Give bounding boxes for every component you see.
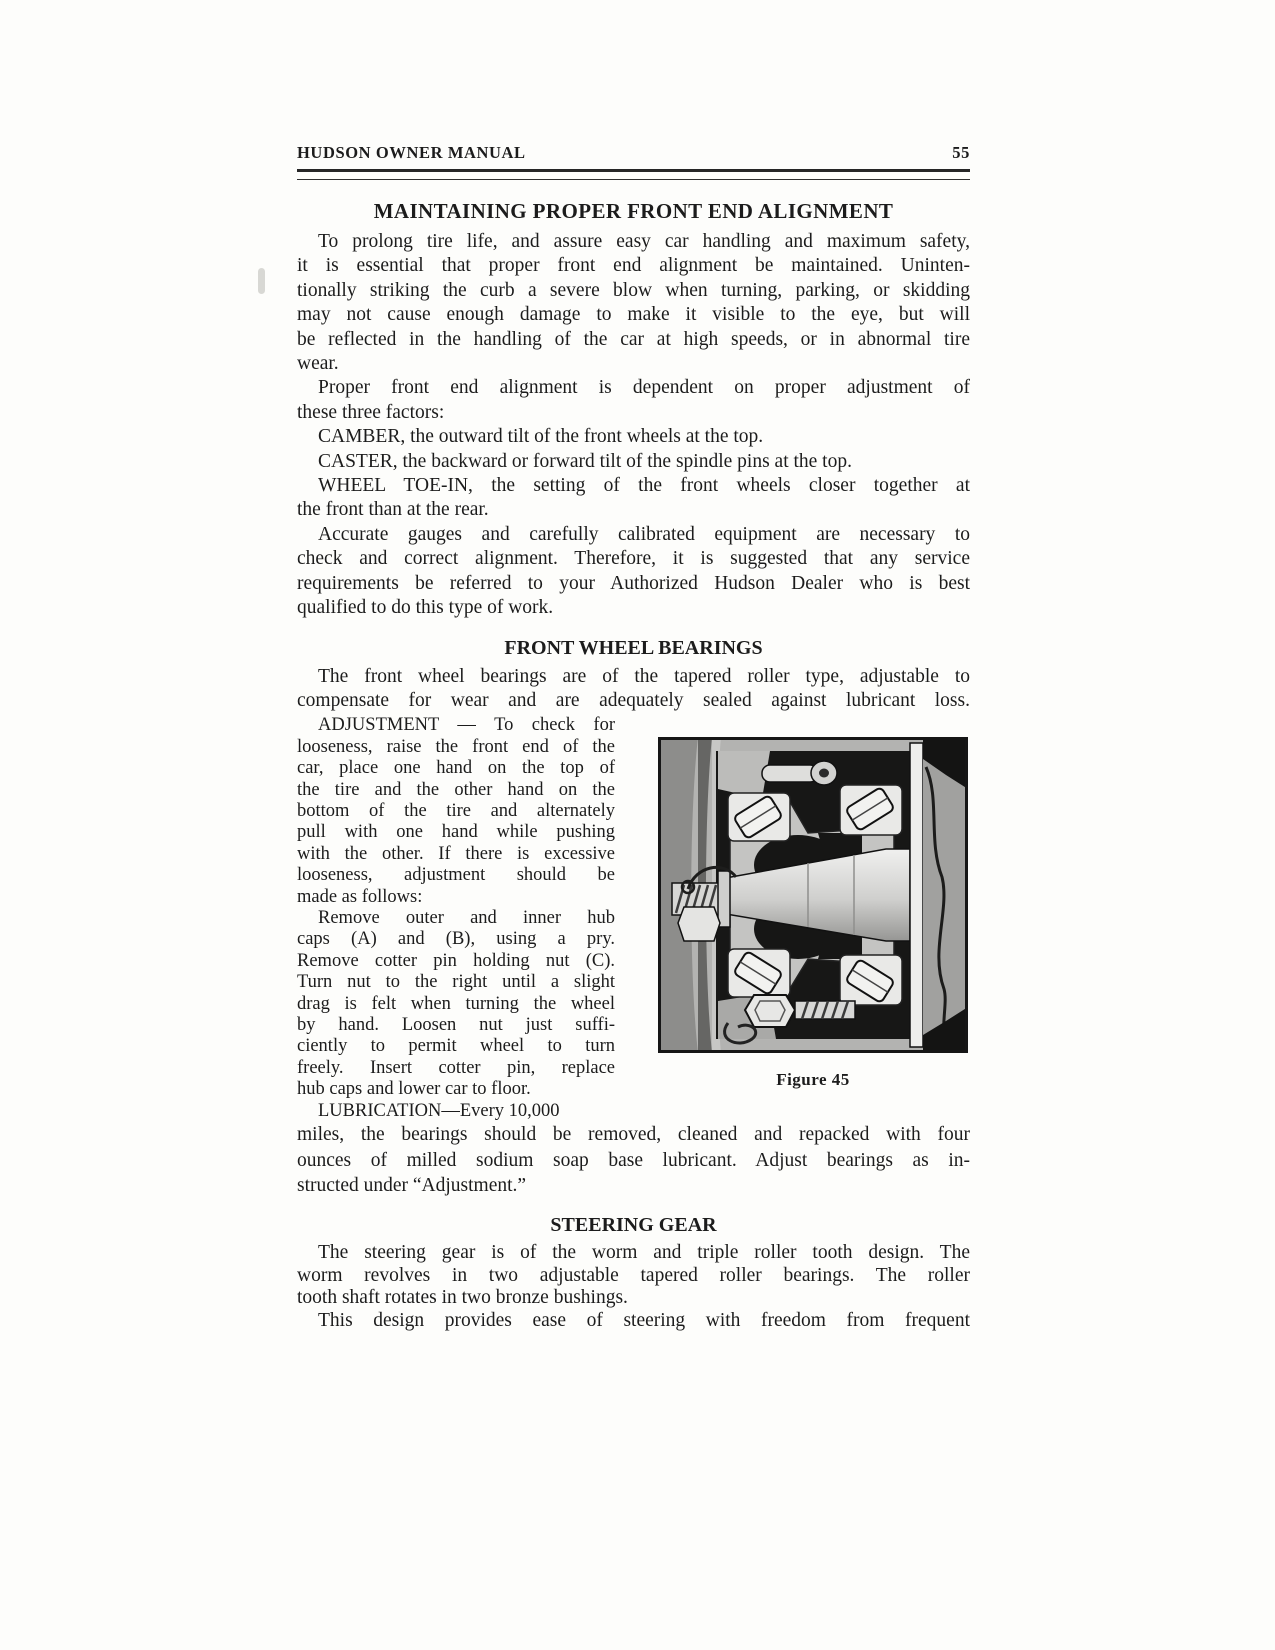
page-content: HUDSON OWNER MANUAL 55 MAINTAINING PROPE… bbox=[297, 143, 970, 1333]
header-rule bbox=[297, 169, 970, 180]
paragraph-alignment-1: To prolong tire life, and assure easy ca… bbox=[297, 230, 970, 376]
text-line: This design provides ease of steering wi… bbox=[297, 1310, 970, 1333]
scan-artifact bbox=[258, 268, 265, 294]
text-line: ounces of milled sodium soap base lubric… bbox=[297, 1148, 970, 1173]
text-line: worm revolves in two adjustable tapered … bbox=[297, 1265, 970, 1288]
wheel-hub-cross-section-illustration bbox=[658, 737, 968, 1053]
text-line: Accurate gauges and carefully calibrated… bbox=[297, 523, 970, 547]
section-heading-steering-gear: STEERING GEAR bbox=[297, 1212, 970, 1238]
text-line: wear. bbox=[297, 352, 970, 376]
text-line: Proper front end alignment is dependent … bbox=[297, 376, 970, 400]
text-line: Remove cotter pin holding nut (C). bbox=[297, 951, 615, 972]
text-line: Turn nut to the right until a slight bbox=[297, 972, 615, 993]
text-line: requirements be referred to your Authori… bbox=[297, 572, 970, 596]
figure-45: Figure 45 bbox=[658, 737, 968, 1092]
paragraph-lubrication-continuation: miles, the bearings should be removed, c… bbox=[297, 1122, 970, 1198]
text-line: bottom of the tire and alternately bbox=[297, 801, 615, 822]
text-line: qualified to do this type of work. bbox=[297, 596, 970, 620]
text-line: miles, the bearings should be removed, c… bbox=[297, 1122, 970, 1147]
text-line: tionally striking the curb a severe blow… bbox=[297, 279, 970, 303]
text-line: ciently to permit wheel to turn bbox=[297, 1036, 615, 1057]
text-line: The front wheel bearings are of the tape… bbox=[297, 665, 970, 689]
paragraph-steering-2: This design provides ease of steering wi… bbox=[297, 1310, 970, 1333]
figure-caption: Figure 45 bbox=[658, 1068, 968, 1092]
text-line: with the other. If there is excessive bbox=[297, 844, 615, 865]
paragraph-steering-1: The steering gear is of the worm and tri… bbox=[297, 1242, 970, 1310]
text-line: structed under “Adjustment.” bbox=[297, 1173, 970, 1198]
paragraph-alignment-3: Accurate gauges and carefully calibrated… bbox=[297, 523, 970, 621]
two-column-block: ADJUSTMENT — To check forlooseness, rais… bbox=[297, 715, 970, 1119]
text-line: by hand. Loosen nut just suffi- bbox=[297, 1015, 615, 1036]
text-line: these three factors: bbox=[297, 401, 970, 425]
text-line: made as follows: bbox=[297, 887, 615, 908]
section-title-alignment: MAINTAINING PROPER FRONT END ALIGNMENT bbox=[297, 198, 970, 224]
text-line: The steering gear is of the worm and tri… bbox=[297, 1242, 970, 1265]
text-line: tooth shaft rotates in two bronze bushin… bbox=[297, 1287, 970, 1310]
text-line: LUBRICATION—Every 10,000 bbox=[297, 1101, 615, 1122]
text-line: freely. Insert cotter pin, replace bbox=[297, 1058, 615, 1079]
page-header: HUDSON OWNER MANUAL 55 bbox=[297, 143, 970, 163]
text-line: looseness, raise the front end of the bbox=[297, 737, 615, 758]
text-line: Remove outer and inner hub bbox=[297, 908, 615, 929]
section-heading-front-wheel-bearings: FRONT WHEEL BEARINGS bbox=[297, 635, 970, 661]
paragraph-alignment-factors: CAMBER, the outward tilt of the front wh… bbox=[297, 425, 970, 523]
text-line: CASTER, the backward or forward tilt of … bbox=[297, 450, 970, 474]
text-line: drag is felt when turning the wheel bbox=[297, 994, 615, 1015]
text-line: ADJUSTMENT — To check for bbox=[297, 715, 615, 736]
text-line: the front than at the rear. bbox=[297, 498, 970, 522]
text-line: the tire and the other hand on the bbox=[297, 780, 615, 801]
text-line: be reflected in the handling of the car … bbox=[297, 328, 970, 352]
text-line: To prolong tire life, and assure easy ca… bbox=[297, 230, 970, 254]
text-line: compensate for wear and are adequately s… bbox=[297, 689, 970, 713]
text-line: may not cause enough damage to make it v… bbox=[297, 303, 970, 327]
text-line: hub caps and lower car to floor. bbox=[297, 1079, 615, 1100]
text-line: CAMBER, the outward tilt of the front wh… bbox=[297, 425, 970, 449]
text-line: car, place one hand on the top of bbox=[297, 758, 615, 779]
page-number: 55 bbox=[952, 143, 970, 163]
paragraph-bearings-column: ADJUSTMENT — To check forlooseness, rais… bbox=[297, 715, 615, 1122]
text-line: check and correct alignment. Therefore, … bbox=[297, 547, 970, 571]
text-line: pull with one hand while pushing bbox=[297, 822, 615, 843]
paragraph-bearings-intro: The front wheel bearings are of the tape… bbox=[297, 665, 970, 714]
text-line: it is essential that proper front end al… bbox=[297, 254, 970, 278]
running-title: HUDSON OWNER MANUAL bbox=[297, 143, 526, 163]
document-page: HUDSON OWNER MANUAL 55 MAINTAINING PROPE… bbox=[0, 0, 1275, 1650]
text-line: looseness, adjustment should be bbox=[297, 865, 615, 886]
paragraph-alignment-2: Proper front end alignment is dependent … bbox=[297, 376, 970, 425]
text-line: WHEEL TOE-IN, the setting of the front w… bbox=[297, 474, 970, 498]
text-line: caps (A) and (B), using a pry. bbox=[297, 929, 615, 950]
